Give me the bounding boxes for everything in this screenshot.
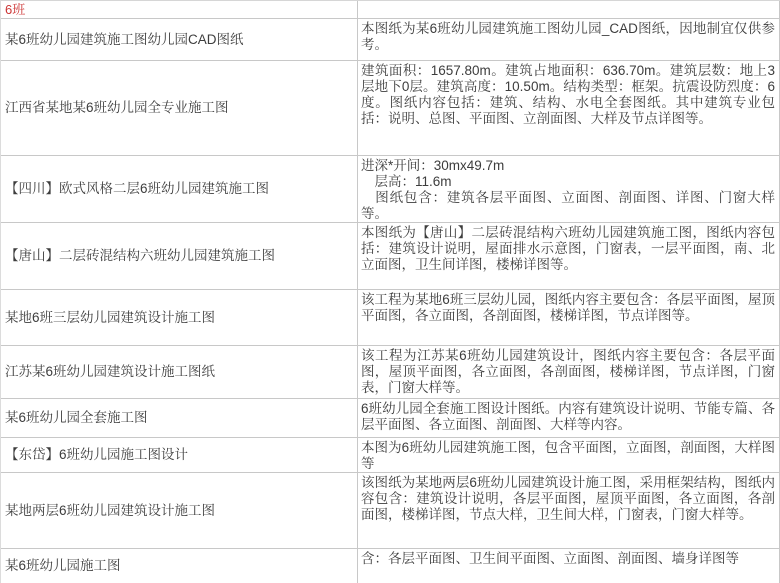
table-row: 【东岱】6班幼儿园施工图设计 本图为6班幼儿园建筑施工图，包含平面图，立面图，剖… bbox=[1, 438, 780, 473]
drawing-title[interactable]: 某6班幼儿园施工图 bbox=[1, 549, 358, 583]
drawing-title[interactable]: 江西省某地某6班幼儿园全专业施工图 bbox=[1, 61, 358, 155]
drawing-description: 6班幼儿园全套施工图设计图纸。内容有建筑设计说明、节能专篇、各层平面图、各立面图… bbox=[358, 399, 780, 437]
drawing-description: 本图纸为某6班幼儿园建筑施工图幼儿园_CAD图纸，因地制宜仅供参考。 bbox=[358, 19, 780, 60]
category-header-label: 6班 bbox=[1, 1, 358, 18]
table-row: 某6班幼儿园建筑施工图幼儿园CAD图纸 本图纸为某6班幼儿园建筑施工图幼儿园_C… bbox=[1, 19, 780, 61]
drawing-description: 该工程为江苏某6班幼儿园建筑设计，图纸内容主要包含：各层平面图，屋顶平面图，各立… bbox=[358, 346, 780, 398]
drawing-title[interactable]: 江苏某6班幼儿园建筑设计施工图纸 bbox=[1, 346, 358, 398]
table-row: 江西省某地某6班幼儿园全专业施工图 建筑面积：1657.80m。建筑占地面积：6… bbox=[1, 61, 780, 156]
table-row: 某地两层6班幼儿园建筑设计施工图 该图纸为某地两层6班幼儿园建筑设计施工图，采用… bbox=[1, 473, 780, 549]
drawing-description: 进深*开间：30mx49.7m 层高：11.6m 图纸包含：建筑各层平面图、立面… bbox=[358, 156, 780, 222]
drawing-description: 本图为6班幼儿园建筑施工图，包含平面图，立面图，剖面图，大样图等 bbox=[358, 438, 780, 472]
table-row: 【唐山】二层砖混结构六班幼儿园建筑施工图 本图纸为【唐山】二层砖混结构六班幼儿园… bbox=[1, 223, 780, 290]
table-row: 某地6班三层幼儿园建筑设计施工图 该工程为某地6班三层幼儿园，图纸内容主要包含：… bbox=[1, 290, 780, 346]
drawing-title[interactable]: 【唐山】二层砖混结构六班幼儿园建筑施工图 bbox=[1, 223, 358, 289]
header-empty-cell bbox=[358, 1, 780, 18]
drawing-description: 建筑面积：1657.80m。建筑占地面积：636.70m。建筑层数：地上3层地下… bbox=[358, 61, 780, 155]
table-row: 某6班幼儿园施工图 含：各层平面图、卫生间平面图、立面图、剖面图、墙身详图等 bbox=[1, 549, 780, 583]
drawing-description: 本图纸为【唐山】二层砖混结构六班幼儿园建筑施工图，图纸内容包括：建筑设计说明，屋… bbox=[358, 223, 780, 289]
drawing-title[interactable]: 某地6班三层幼儿园建筑设计施工图 bbox=[1, 290, 358, 345]
drawing-title[interactable]: 【东岱】6班幼儿园施工图设计 bbox=[1, 438, 358, 472]
cad-drawing-list-table: 6班 某6班幼儿园建筑施工图幼儿园CAD图纸 本图纸为某6班幼儿园建筑施工图幼儿… bbox=[0, 0, 780, 583]
drawing-description: 该工程为某地6班三层幼儿园，图纸内容主要包含：各层平面图，屋顶平面图，各立面图，… bbox=[358, 290, 780, 345]
drawing-title[interactable]: 某6班幼儿园建筑施工图幼儿园CAD图纸 bbox=[1, 19, 358, 60]
drawing-description: 含：各层平面图、卫生间平面图、立面图、剖面图、墙身详图等 bbox=[358, 549, 780, 583]
table-row-header: 6班 bbox=[1, 1, 780, 19]
drawing-description: 该图纸为某地两层6班幼儿园建筑设计施工图，采用框架结构，图纸内容包含：建筑设计说… bbox=[358, 473, 780, 548]
table-row: 【四川】欧式风格二层6班幼儿园建筑施工图 进深*开间：30mx49.7m 层高：… bbox=[1, 156, 780, 223]
table-row: 江苏某6班幼儿园建筑设计施工图纸 该工程为江苏某6班幼儿园建筑设计，图纸内容主要… bbox=[1, 346, 780, 399]
table-row: 某6班幼儿园全套施工图 6班幼儿园全套施工图设计图纸。内容有建筑设计说明、节能专… bbox=[1, 399, 780, 438]
drawing-title[interactable]: 某地两层6班幼儿园建筑设计施工图 bbox=[1, 473, 358, 548]
drawing-title[interactable]: 某6班幼儿园全套施工图 bbox=[1, 399, 358, 437]
drawing-title[interactable]: 【四川】欧式风格二层6班幼儿园建筑施工图 bbox=[1, 156, 358, 222]
